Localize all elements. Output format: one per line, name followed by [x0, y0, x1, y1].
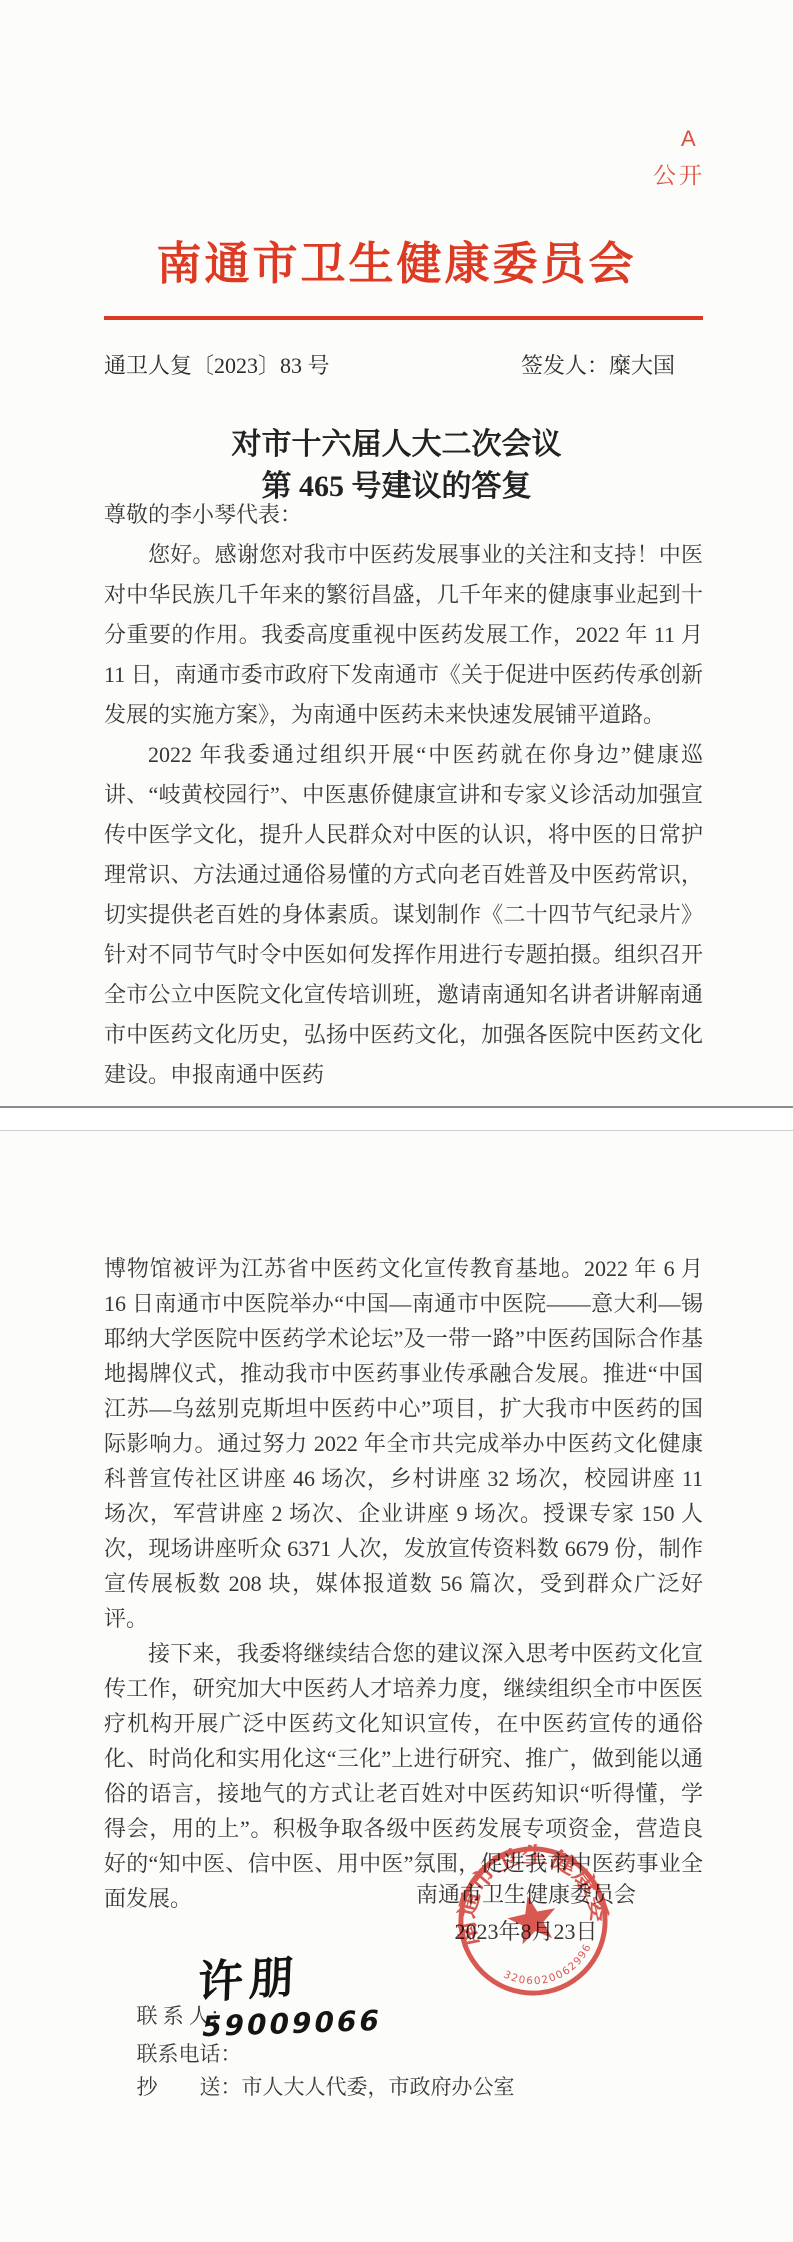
page1-body: 尊敬的李小琴代表： 您好。感谢您对我市中医药发展事业的关注和支持！中医对中华民族…: [104, 495, 703, 1095]
page-2: 博物馆被评为江苏省中医药文化宣传教育基地。2022 年 6 月 16 日南通市中…: [0, 1130, 793, 2242]
signature-date: 2023年8月23日: [412, 1913, 640, 1950]
contact-phone-handwritten: 59009066: [199, 2004, 385, 2044]
cc-value: 市人大人代委，市政府办公室: [242, 2075, 515, 2099]
body-paragraph: 2022 年我委通过组织开展“中医药就在你身边”健康巡讲、“岐黄校园行”、中医惠…: [104, 735, 703, 1095]
contact-person-handwritten: 许朋: [197, 1939, 301, 2011]
body-paragraph: 接下来，我委将继续结合您的建议深入思考中医药文化宣传工作，研究加大中医药人才培养…: [104, 1636, 703, 1916]
signature-org: 南通市卫生健康委员会: [412, 1876, 640, 1913]
letterhead-divider: [104, 316, 703, 320]
page2-body: 博物馆被评为江苏省中医药文化宣传教育基地。2022 年 6 月 16 日南通市中…: [104, 1251, 703, 1916]
signature-block: 南通市卫生健康委员会 2023年8月23日: [412, 1876, 640, 1950]
publicity-mark: 公开: [653, 163, 705, 189]
cc-label: 抄 送：: [137, 2075, 242, 2099]
issuer-name: 糜大国: [609, 353, 675, 378]
classification-mark: A: [681, 127, 696, 151]
body-paragraph: 博物馆被评为江苏省中医药文化宣传教育基地。2022 年 6 月 16 日南通市中…: [104, 1251, 703, 1636]
letterhead-org-title: 南通市卫生健康委员会: [0, 240, 793, 288]
document-title-line1: 对市十六届人大二次会议: [0, 424, 793, 466]
body-paragraph: 您好。感谢您对我市中医药发展事业的关注和支持！中医对中华民族几千年来的繁衍昌盛，…: [104, 535, 703, 735]
cc-row: 抄 送：市人大人代委，市政府办公室: [105, 2053, 515, 2122]
document-meta-row: 通卫人复〔2023〕83 号 签发人：糜大国: [104, 353, 703, 379]
salutation: 尊敬的李小琴代表：: [104, 495, 703, 535]
issuer-field: 签发人：糜大国: [521, 353, 675, 379]
page-1: A 公开 南通市卫生健康委员会 通卫人复〔2023〕83 号 签发人：糜大国 对…: [0, 0, 793, 1108]
document-number: 通卫人复〔2023〕83 号: [104, 353, 330, 379]
issuer-label: 签发人：: [521, 353, 609, 378]
